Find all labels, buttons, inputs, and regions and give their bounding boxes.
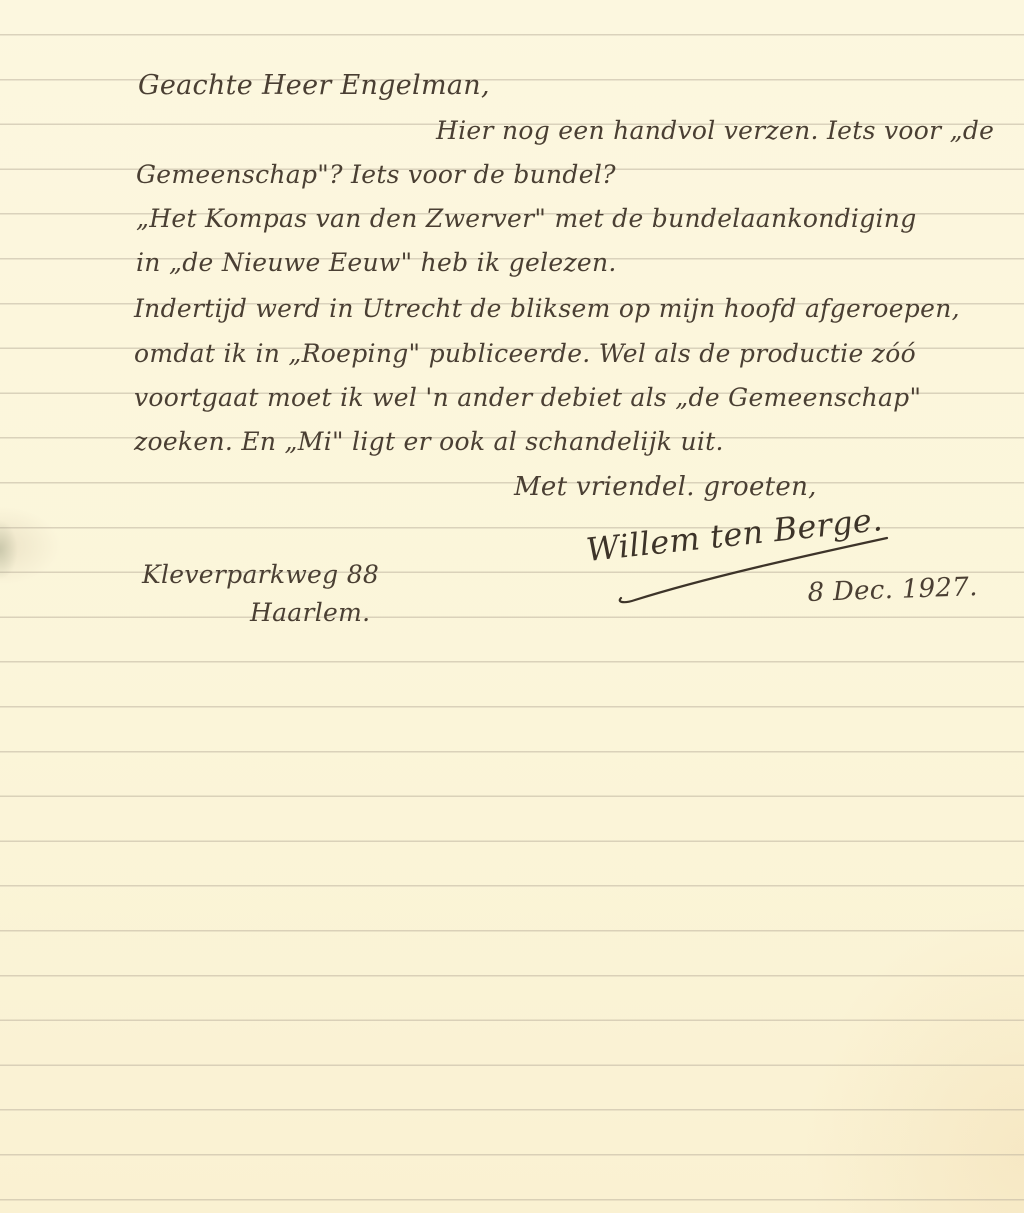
body-line-4: in „de Nieuwe Eeuw" heb ik gelezen.	[136, 250, 617, 275]
salutation: Geachte Heer Engelman,	[138, 72, 490, 99]
body-line-2: Gemeenschap"? Iets voor de bundel?	[136, 162, 616, 187]
date: 8 Dec. 1927.	[807, 574, 978, 606]
body-line-7: voortgaat moet ik wel 'n ander debiet al…	[134, 385, 921, 410]
address-street: Kleverparkweg 88	[142, 562, 379, 587]
address-city: Haarlem.	[250, 600, 370, 625]
body-line-8: zoeken. En „Mi" ligt er ook al schandeli…	[134, 429, 724, 454]
body-line-1: Hier nog een handvol verzen. Iets voor „…	[436, 118, 994, 143]
closing: Met vriendel. groeten,	[514, 474, 817, 500]
paper-stain	[0, 520, 18, 580]
body-line-3: „Het Kompas van den Zwerver" met de bund…	[136, 206, 917, 231]
body-line-6: omdat ik in „Roeping" publiceerde. Wel a…	[134, 341, 916, 366]
body-line-5: Indertijd werd in Utrecht de bliksem op …	[134, 296, 960, 321]
